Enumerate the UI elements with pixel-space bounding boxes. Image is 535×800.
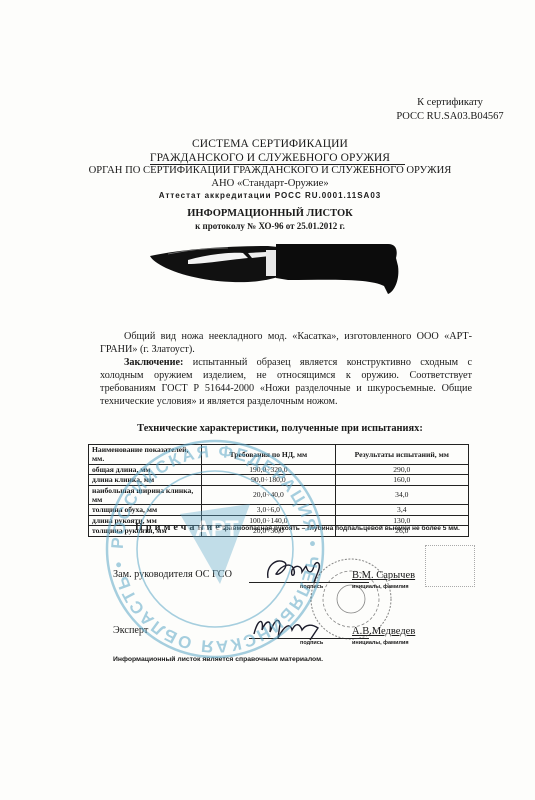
- knife-photo: [148, 236, 413, 302]
- signatory-role-deputy: Зам. руководителя ОС ГСО: [113, 569, 232, 580]
- name-caption-deputy: инициалы, фамилия: [352, 584, 409, 590]
- row-requirement: 3,0÷6,0: [202, 505, 335, 515]
- signatory-name-expert: А.В.Медведев: [352, 626, 415, 637]
- stamp-imprint-box: [425, 545, 475, 587]
- signatory-name-deputy: В.М. Сарычев: [352, 570, 415, 581]
- signature-line-expert: [249, 638, 369, 639]
- org-name: АНО «Стандарт-Оружие»: [60, 178, 480, 191]
- name-caption-expert: инициалы, фамилия: [352, 640, 409, 646]
- tech-specs-title: Технические характеристики, полученные п…: [100, 423, 460, 434]
- conclusion-label: Заключение:: [124, 357, 183, 368]
- row-result: 290,0: [335, 464, 468, 474]
- knife-description: Общий вид ножа неекладного мод. «Касатка…: [100, 330, 472, 356]
- row-result: 160,0: [335, 475, 468, 485]
- reference-number: РОСС RU.SA03.B04567: [375, 110, 525, 124]
- certificate-reference: К сертификату РОСС RU.SA03.B04567: [375, 96, 525, 124]
- column-header-requirement: Требования по НД, мм: [202, 445, 335, 465]
- signature-line-deputy: [249, 582, 369, 583]
- signature-caption-expert: подпись: [300, 640, 323, 646]
- row-result: 34,0: [335, 485, 468, 505]
- table-row: толщина обуха, мм 3,0÷6,0 3,4: [89, 505, 469, 515]
- system-title-line2: ГРАЖДАНСКОГО И СЛУЖЕБНОГО ОРУЖИЯ: [60, 151, 480, 165]
- note-label: Примечание:: [135, 522, 229, 533]
- table-row: длина клинка, мм 90,0÷180,0 160,0: [89, 475, 469, 485]
- accreditation: Аттестат аккредитации РОСС RU.0001.11SA0…: [60, 190, 480, 203]
- column-header-result: Результаты испытаний, мм: [335, 445, 468, 465]
- signature-deputy: [262, 556, 332, 584]
- reference-line1: К сертификату: [375, 96, 525, 110]
- row-name: наибольшая ширина клинка, мм: [89, 485, 202, 505]
- signature-caption-deputy: подпись: [300, 584, 323, 590]
- organ-block: ОРГАН ПО СЕРТИФИКАЦИИ ГРАЖДАНСКОГО И СЛУ…: [60, 165, 480, 203]
- table-row: наибольшая ширина клинка, мм 20,0÷40,0 3…: [89, 485, 469, 505]
- row-name: длина клинка, мм: [89, 475, 202, 485]
- conclusion: Заключение: испытанный образец является …: [100, 356, 472, 408]
- note-text: Травмоопасная рукоять – глубина подпальц…: [221, 525, 460, 532]
- signatory-role-expert: Эксперт: [113, 625, 148, 636]
- row-requirement: 190,0÷320,0: [202, 464, 335, 474]
- row-result: 3,4: [335, 505, 468, 515]
- row-name: общая длина, мм: [89, 464, 202, 474]
- table-header-row: Наименование показателей, мм. Требования…: [89, 445, 469, 465]
- table-row: общая длина, мм 190,0÷320,0 290,0: [89, 464, 469, 474]
- document-title-block: ИНФОРМАЦИОННЫЙ ЛИСТОК к протоколу № ХО-9…: [60, 208, 480, 232]
- system-title: СИСТЕМА СЕРТИФИКАЦИИ ГРАЖДАНСКОГО И СЛУЖ…: [60, 137, 480, 165]
- row-requirement: 20,0÷40,0: [202, 485, 335, 505]
- row-requirement: 90,0÷180,0: [202, 475, 335, 485]
- system-title-line1: СИСТЕМА СЕРТИФИКАЦИИ: [60, 137, 480, 151]
- column-header-name: Наименование показателей, мм.: [89, 445, 202, 465]
- row-name: толщина обуха, мм: [89, 505, 202, 515]
- protocol-ref: к протоколу № ХО-96 от 25.01.2012 г.: [60, 220, 480, 232]
- footer-note: Информационный листок является справочны…: [113, 656, 323, 663]
- organ-name: ОРГАН ПО СЕРТИФИКАЦИИ ГРАЖДАНСКОГО И СЛУ…: [60, 165, 480, 178]
- document-title: ИНФОРМАЦИОННЫЙ ЛИСТОК: [60, 208, 480, 220]
